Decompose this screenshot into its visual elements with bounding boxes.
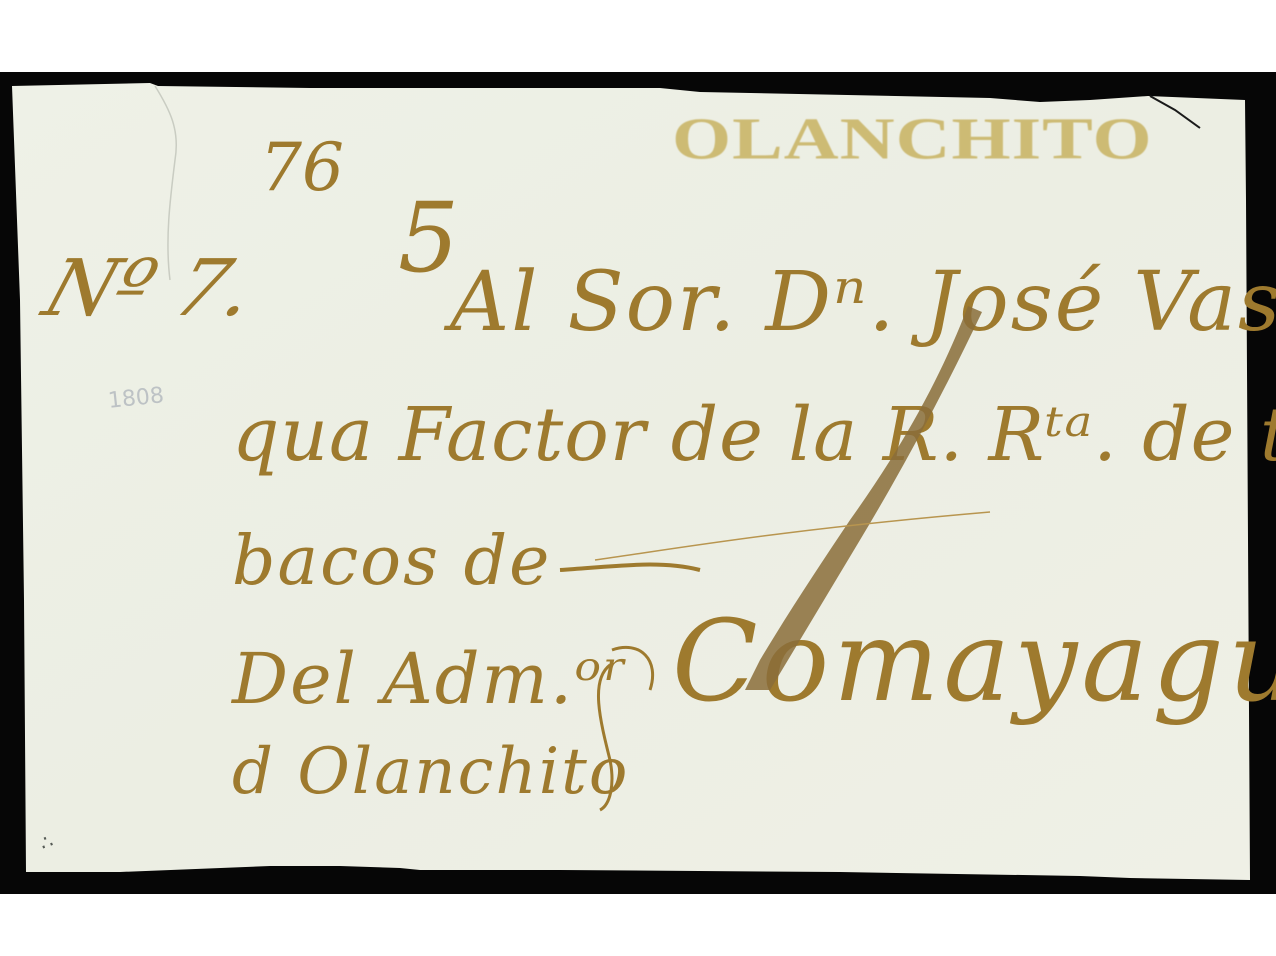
sender-line-1: Del Adm.ᵒʳ xyxy=(232,644,629,714)
address-line-3: bacos de xyxy=(232,528,551,596)
manuscript-number: 76 xyxy=(260,135,344,201)
sender-line-2: d Olanchito xyxy=(232,740,629,804)
letter-cover: OLANCHITO 76 5 Nº 7. Al Sor. Dⁿ. José Va… xyxy=(0,0,1276,956)
destination-comayagua: Comayagua xyxy=(672,606,1276,718)
manuscript-serial: Nº 7. xyxy=(35,250,264,328)
address-line-2: qua Factor de la R. Rᵗᵃ. de ta- xyxy=(232,398,1276,472)
olanchito-handstamp: OLANCHITO xyxy=(672,108,1212,170)
address-line-1: Al Sor. Dⁿ. José Vas- xyxy=(450,262,1276,344)
